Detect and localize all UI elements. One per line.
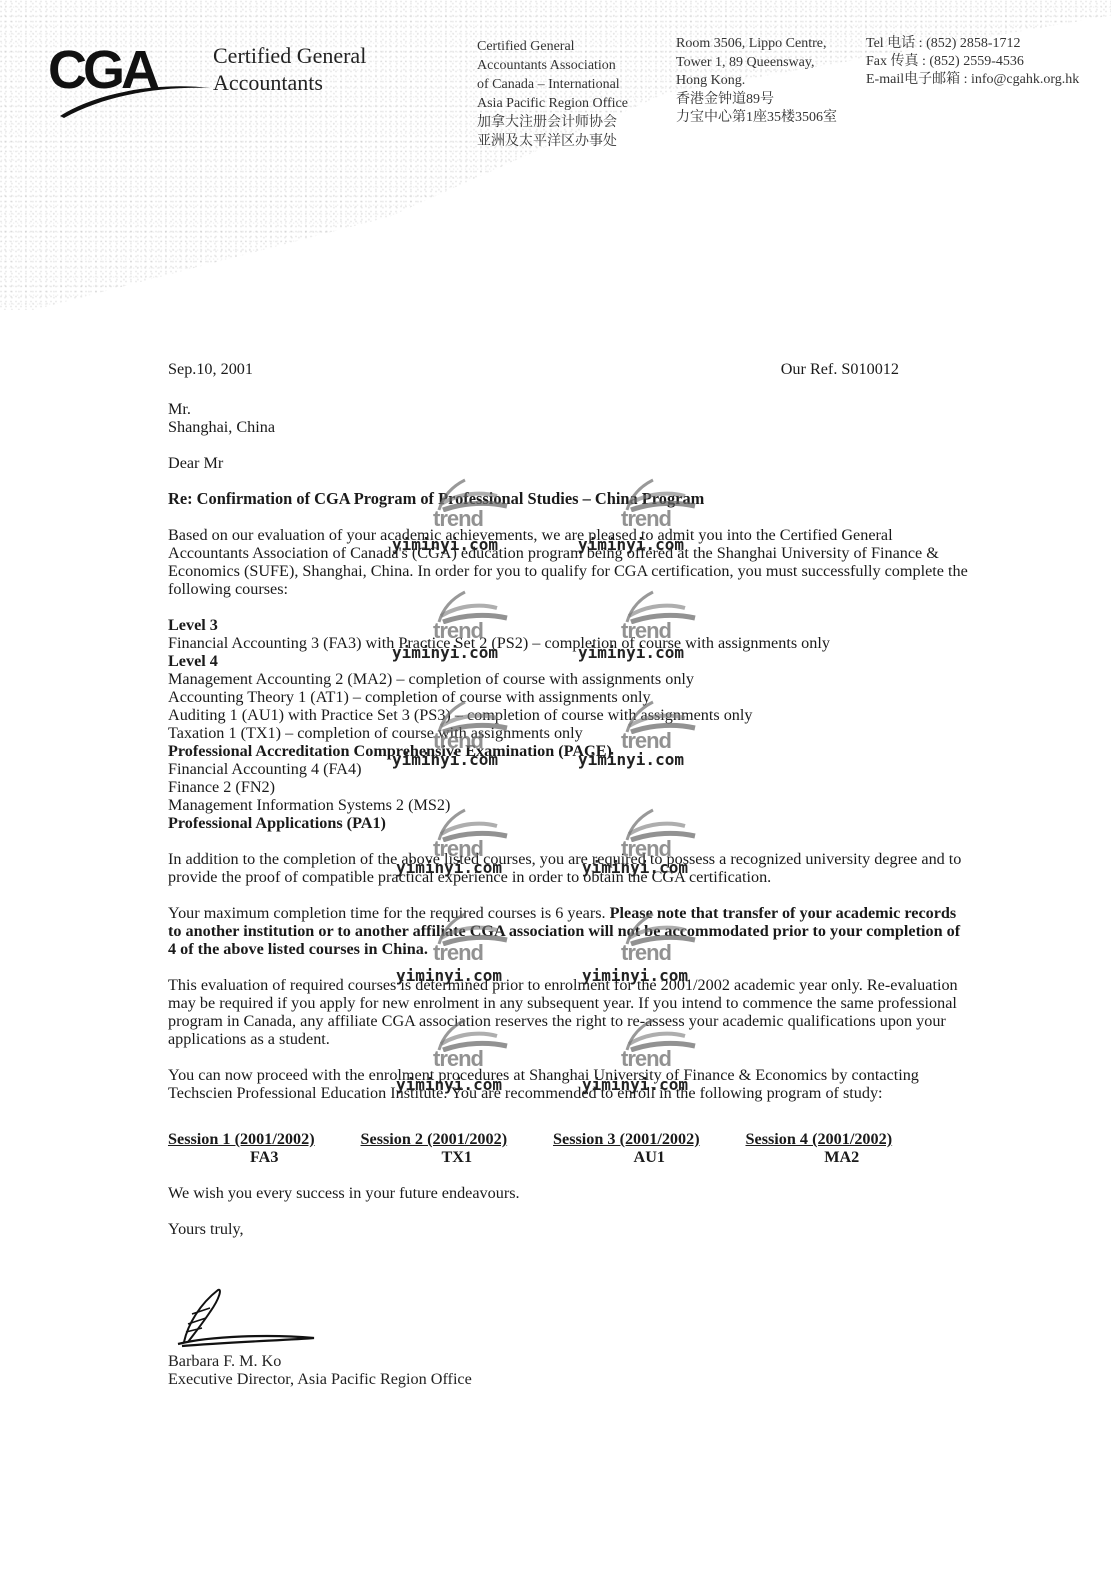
- session-course: MA2: [746, 1148, 939, 1166]
- subject-line: Re: Confirmation of CGA Program of Profe…: [168, 490, 968, 508]
- signatory-block: Barbara F. M. Ko Executive Director, Asi…: [168, 1352, 472, 1388]
- session-column: Session 1 (2001/2002) FA3: [168, 1130, 361, 1166]
- session-column: Session 4 (2001/2002) MA2: [746, 1130, 939, 1166]
- completion-paragraph: Your maximum completion time for the req…: [168, 904, 968, 958]
- signatory-title: Executive Director, Asia Pacific Region …: [168, 1370, 472, 1388]
- logo-swoosh-icon: [58, 70, 218, 120]
- brand-name-line1: Certified General: [213, 42, 366, 69]
- degree-paragraph: In addition to the completion of the abo…: [168, 850, 968, 886]
- letter-date: Sep.10, 2001: [168, 360, 253, 386]
- enrolment-paragraph: You can now proceed with the enrolment p…: [168, 1066, 968, 1102]
- course-item: Accounting Theory 1 (AT1) – completion o…: [168, 688, 968, 706]
- office-name-block: Certified General Accountants Associatio…: [477, 37, 628, 151]
- letter-reference: Our Ref. S010012: [781, 360, 899, 386]
- course-item: Management Information Systems 2 (MS2): [168, 796, 968, 814]
- signature-icon: [170, 1284, 320, 1350]
- session-title: Session 2 (2001/2002): [361, 1130, 554, 1148]
- session-column: Session 3 (2001/2002) AU1: [553, 1130, 746, 1166]
- level-heading: Professional Accreditation Comprehensive…: [168, 742, 968, 760]
- level-heading: Professional Applications (PA1): [168, 814, 968, 832]
- course-item: Auditing 1 (AU1) with Practice Set 3 (PS…: [168, 706, 968, 724]
- session-column: Session 2 (2001/2002) TX1: [361, 1130, 554, 1166]
- course-item: Finance 2 (FN2): [168, 778, 968, 796]
- course-list: Level 3 Financial Accounting 3 (FA3) wit…: [168, 616, 968, 832]
- recipient-line2: Shanghai, China: [168, 418, 968, 436]
- salutation: Dear Mr: [168, 454, 968, 472]
- session-title: Session 1 (2001/2002): [168, 1130, 361, 1148]
- session-course: FA3: [168, 1148, 361, 1166]
- session-course: AU1: [553, 1148, 746, 1166]
- completion-text: Your maximum completion time for the req…: [168, 904, 610, 922]
- brand-name-line2: Accountants: [213, 69, 366, 96]
- course-item: Financial Accounting 4 (FA4): [168, 760, 968, 778]
- signatory-name: Barbara F. M. Ko: [168, 1352, 472, 1370]
- session-course: TX1: [361, 1148, 554, 1166]
- evaluation-paragraph: This evaluation of required courses is d…: [168, 976, 968, 1048]
- intro-paragraph: Based on our evaluation of your academic…: [168, 526, 968, 598]
- session-title: Session 4 (2001/2002): [746, 1130, 939, 1148]
- letter-body: Sep.10, 2001 Our Ref. S010012 Mr. Shangh…: [168, 360, 968, 1238]
- complimentary-close: Yours truly,: [168, 1220, 968, 1238]
- office-contact-block: Tel 电话 : (852) 2858-1712 Fax 传真 : (852) …: [866, 35, 1079, 89]
- brand-name: Certified General Accountants: [213, 42, 366, 96]
- level-heading: Level 3: [168, 616, 968, 634]
- level-heading: Level 4: [168, 652, 968, 670]
- study-program-table: Session 1 (2001/2002) FA3 Session 2 (200…: [168, 1130, 938, 1166]
- cga-logo: CGA: [48, 40, 208, 110]
- course-item: Management Accounting 2 (MA2) – completi…: [168, 670, 968, 688]
- office-address-block: Room 3506, Lippo Centre, Tower 1, 89 Que…: [676, 35, 837, 128]
- course-item: Financial Accounting 3 (FA3) with Practi…: [168, 634, 968, 652]
- closing-wishes: We wish you every success in your future…: [168, 1184, 968, 1202]
- course-item: Taxation 1 (TX1) – completion of course …: [168, 724, 968, 742]
- recipient-line1: Mr.: [168, 400, 968, 418]
- session-title: Session 3 (2001/2002): [553, 1130, 746, 1148]
